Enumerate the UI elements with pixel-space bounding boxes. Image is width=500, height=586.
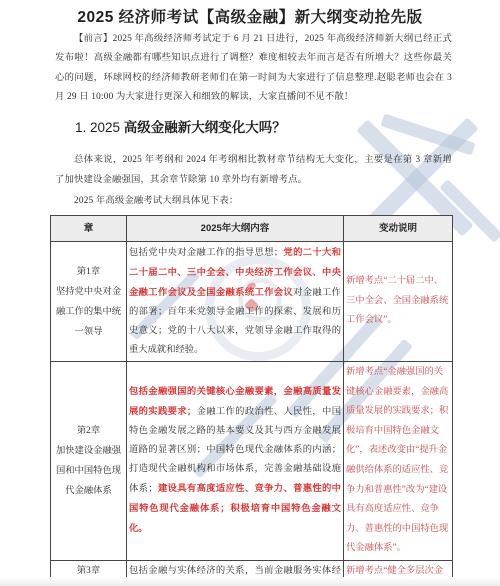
chapter-title: 坚持党中央对金融工作的集中统一领导 [53,282,124,342]
section-heading-text: 高级金融新大纲变化大吗？ [124,120,286,135]
table-header-cell: 变动说明 [344,216,453,242]
table-header-row: 章2025年大纲内容变动说明 [51,216,453,242]
change-note-text: 新增考点“金融强国的关键核心金融要素，金融高质量发展的实践要求；积极培育中国特色… [346,363,450,559]
section-heading-number: 1. 2025 [75,120,124,135]
section-heading: 1. 2025 高级金融新大纲变化大吗？ [75,116,286,136]
outline-content-cell: 包括金融强国的关键核心金融要素，金融高质量发展的实践要求；金融工作的政治性、人民… [127,362,344,561]
page-bottom-edge [0,577,500,586]
outline-text: 包括党中央对金融工作的指导思想； [129,248,283,258]
chapter-cell: 第1章坚持党中央对金融工作的集中统一领导 [51,242,127,362]
document-content: 2025 经济师考试【高级金融】新大纲变动抢先版 【前言】2025 年高级经济师… [0,0,500,586]
table-header-cell: 2025年大纲内容 [127,216,344,242]
outline-text: 金融工作的政治性、人民性，中国特色金融发展之路的基本要义及其与西方金融发展道路的… [129,407,341,494]
preface-paragraph: 【前言】2025 年高级经济师考试定于 6 月 21 日进行，2025 年高级经… [55,30,452,108]
change-note-cell: 新增考点“金融强国的关键核心金融要素，金融高质量发展的实践要求；积极培育中国特色… [344,362,453,561]
table-intro-paragraph: 2025 年高级金融考试大纲具体见下表： [55,191,452,211]
chapter-number: 第2章 [53,421,124,441]
overview-paragraph: 总体来说，2025 年考纲和 2024 年考纲相比教材章节结构无大变化，主要是在… [55,150,452,190]
change-note-text: 新增考点“二十届二中、三中全会、全国金融系统工作会议”。 [346,272,450,331]
table-row: 第1章坚持党中央对金融工作的集中统一领导包括党中央对金融工作的指导思想；党的二十… [51,242,453,362]
table-row: 第2章加快建设金融强国和中国特色现代金融体系包括金融强国的关键核心金融要素，金融… [51,362,453,561]
highlighted-text: 建设具有高度适应性、竞争力、普惠性的中国特色现代金融体系；积极培育中国特色金融文… [129,483,341,533]
change-note-cell: 新增考点“二十届二中、三中全会、全国金融系统工作会议”。 [344,242,453,362]
chapter-number: 第1章 [53,262,124,282]
syllabus-table: 章2025年大纲内容变动说明 第1章坚持党中央对金融工作的集中统一领导包括党中央… [50,215,453,582]
doc-title: 2025 经济师考试【高级金融】新大纲变动抢先版 [0,5,500,27]
chapter-title: 加快建设金融强国和中国特色现代金融体系 [53,441,124,501]
document-page: 2025 经济师考试【高级金融】新大纲变动抢先版 【前言】2025 年高级经济师… [0,0,500,586]
outline-text: 对金融工作的部署；百年来党领导金融工作的探索、发展和历史意义；党的十八大以来，党… [129,288,341,355]
table-header-cell: 章 [51,216,127,242]
chapter-cell: 第2章加快建设金融强国和中国特色现代金融体系 [51,362,127,561]
outline-content-cell: 包括党中央对金融工作的指导思想；党的二十大和二十届二中、三中全会、中央经济工作会… [127,242,344,362]
